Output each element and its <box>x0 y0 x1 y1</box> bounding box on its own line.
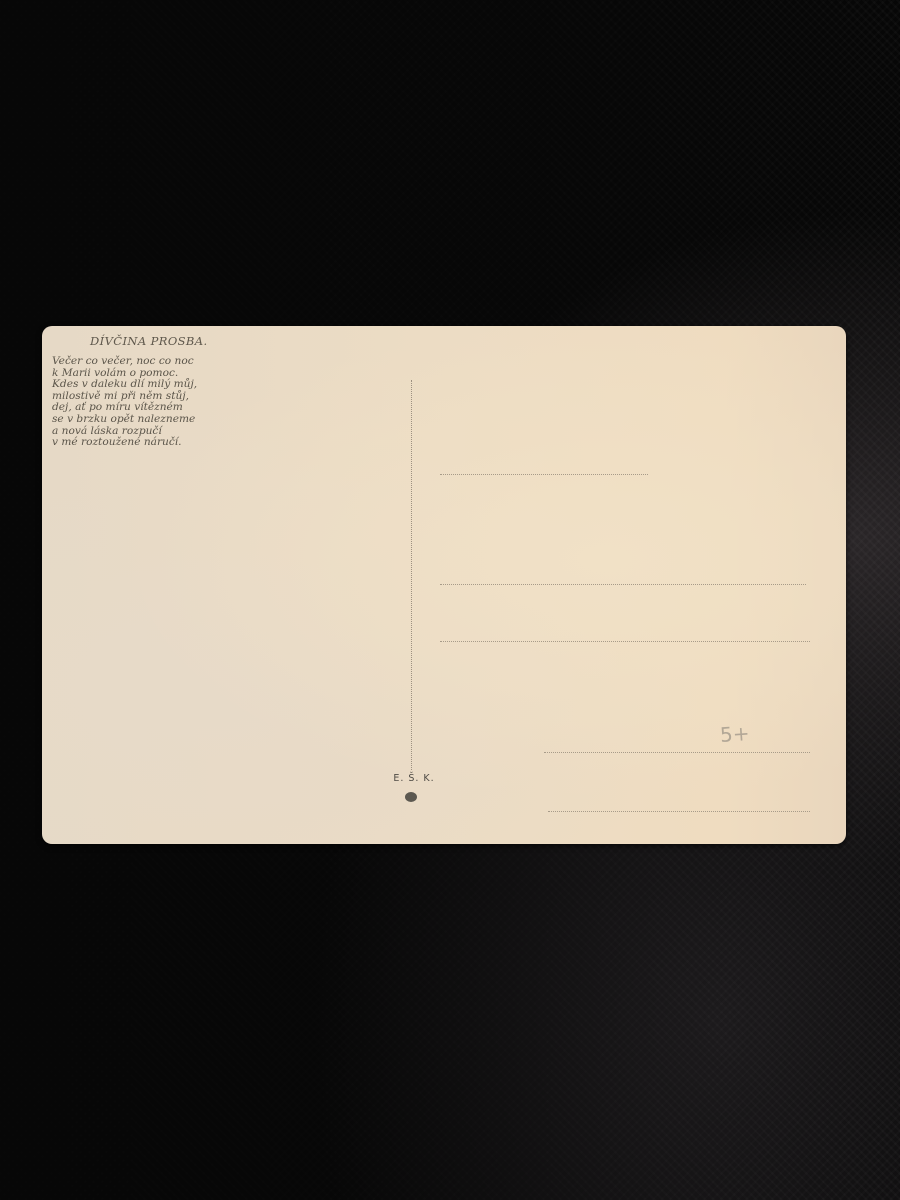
publisher-logo-icon <box>405 792 417 802</box>
poem-line: Večer co večer, noc co noc <box>52 356 272 368</box>
poem-line: se v brzku opět nalezneme <box>52 414 272 426</box>
publisher-mark: E. Š. K. <box>384 773 444 784</box>
poem-block: DÍVČINA PROSBA. Večer co večer, noc co n… <box>52 356 272 449</box>
address-line-4 <box>544 752 810 753</box>
address-line-1 <box>440 474 648 475</box>
vertical-divider <box>411 380 412 770</box>
postcard-back: DÍVČINA PROSBA. Večer co večer, noc co n… <box>42 326 846 844</box>
address-line-2 <box>440 584 806 585</box>
address-line-3 <box>440 641 810 642</box>
poem-line: v mé roztoužené náručí. <box>52 437 272 449</box>
poem-title: DÍVČINA PROSBA. <box>90 336 208 348</box>
address-line-5 <box>548 811 810 812</box>
pencil-annotation: 5+ <box>719 721 750 747</box>
